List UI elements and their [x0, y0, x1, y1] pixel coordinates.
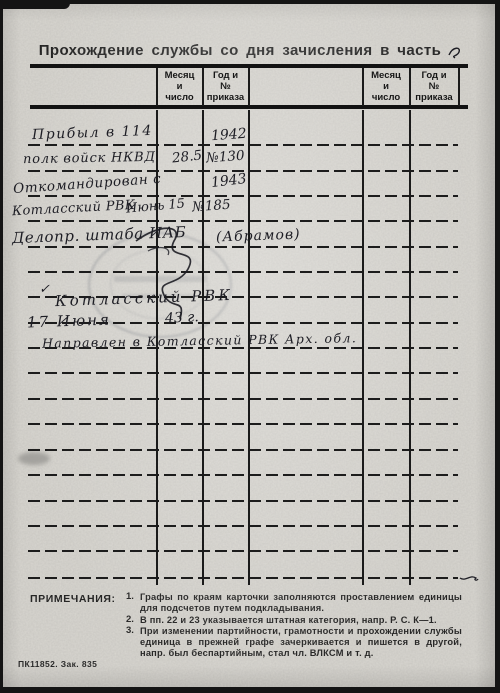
handwritten-entry-detached: Откомандирован с [13, 171, 162, 197]
header-line: Год и [203, 70, 248, 81]
column-divider [248, 110, 250, 585]
header-line: № [203, 81, 248, 92]
notes-label: ПРИМЕЧАНИЯ: [30, 593, 116, 605]
note-number: 3. [126, 626, 140, 658]
header-line: Месяц [157, 70, 202, 81]
handwritten-entry-arrived-order: №130 [205, 148, 245, 167]
header-line: и [157, 81, 202, 92]
row-rule [28, 500, 458, 502]
column-divider [248, 68, 250, 106]
signature-flourish-icon [128, 221, 218, 323]
header-line: число [157, 92, 202, 103]
handwritten-entry-regiment: полк войск НКВД [23, 150, 156, 167]
scan-border [0, 0, 3, 693]
row-rule [28, 195, 458, 197]
column-header-order-1: Год и № приказа [203, 70, 248, 103]
notes-list: 1. Графы по краям карточки заполняются п… [126, 592, 462, 660]
row-rule [28, 372, 458, 374]
row-rule [28, 525, 458, 527]
column-header-order-2: Год и № приказа [410, 70, 458, 103]
row-rule [28, 474, 458, 476]
row-rule [28, 246, 458, 248]
note-item: 2. В пп. 22 и 23 указывается штатная кат… [126, 615, 462, 626]
row-rule [28, 144, 458, 146]
note-number: 1. [126, 592, 140, 614]
page-title: Прохождение службы со дня зачисления в ч… [30, 42, 450, 59]
note-text: При изменении партийности, грамотности и… [140, 626, 462, 658]
column-divider [362, 110, 364, 585]
column-header-month-2: Месяц и число [363, 70, 409, 103]
column-divider [409, 110, 411, 585]
handwritten-entry-june-date: 17 Июня [27, 311, 112, 332]
row-rule [28, 220, 458, 222]
note-text: В пп. 22 и 23 указывается штатная катего… [140, 615, 462, 626]
row-rule [28, 449, 458, 451]
row-rule [28, 423, 458, 425]
note-item: 3. При изменении партийности, грамотност… [126, 626, 462, 658]
check-mark: ✓ [39, 282, 50, 297]
row-rule [28, 398, 458, 400]
scan-border [495, 0, 500, 693]
note-item: 1. Графы по краям карточки заполняются п… [126, 592, 462, 614]
handwritten-entry-arrived-year: 1942 [210, 126, 247, 144]
handwritten-entry-kotlas-rvk: Котласский РВК [12, 198, 136, 219]
handwritten-entry-detached-year: 1943 [210, 171, 247, 191]
handwritten-entry-signature-name: (Абрамов) [216, 227, 301, 246]
column-divider [458, 68, 460, 106]
row-rule [28, 271, 458, 273]
ink-smudge [18, 452, 50, 465]
handwritten-mark-icon [446, 44, 466, 60]
header-line: Год и [410, 70, 458, 81]
note-number: 2. [126, 615, 140, 626]
print-code: ПК11852. Зак. 835 [18, 659, 97, 669]
scan-border [0, 687, 500, 693]
handwritten-entry-arrived-day: 28.5 [171, 147, 203, 166]
header-line: № [410, 81, 458, 92]
column-header-month-1: Месяц и число [157, 70, 202, 103]
scan-border [0, 0, 500, 4]
handwritten-mark-icon [458, 570, 480, 584]
header-line: Месяц [363, 70, 409, 81]
row-rule [28, 577, 458, 579]
service-record-card: Прохождение службы со дня зачисления в ч… [0, 0, 500, 693]
header-line: число [363, 92, 409, 103]
handwritten-entry-arrived: Прибыл в 114 [32, 123, 153, 143]
note-text: Графы по краям карточки заполняются прос… [140, 592, 462, 614]
header-line: и [363, 81, 409, 92]
header-line: приказа [203, 92, 248, 103]
handwritten-entry-kotlas-order: №185 [191, 197, 231, 216]
row-rule [28, 550, 458, 552]
header-line: приказа [410, 92, 458, 103]
scan-border-corner [0, 0, 70, 9]
